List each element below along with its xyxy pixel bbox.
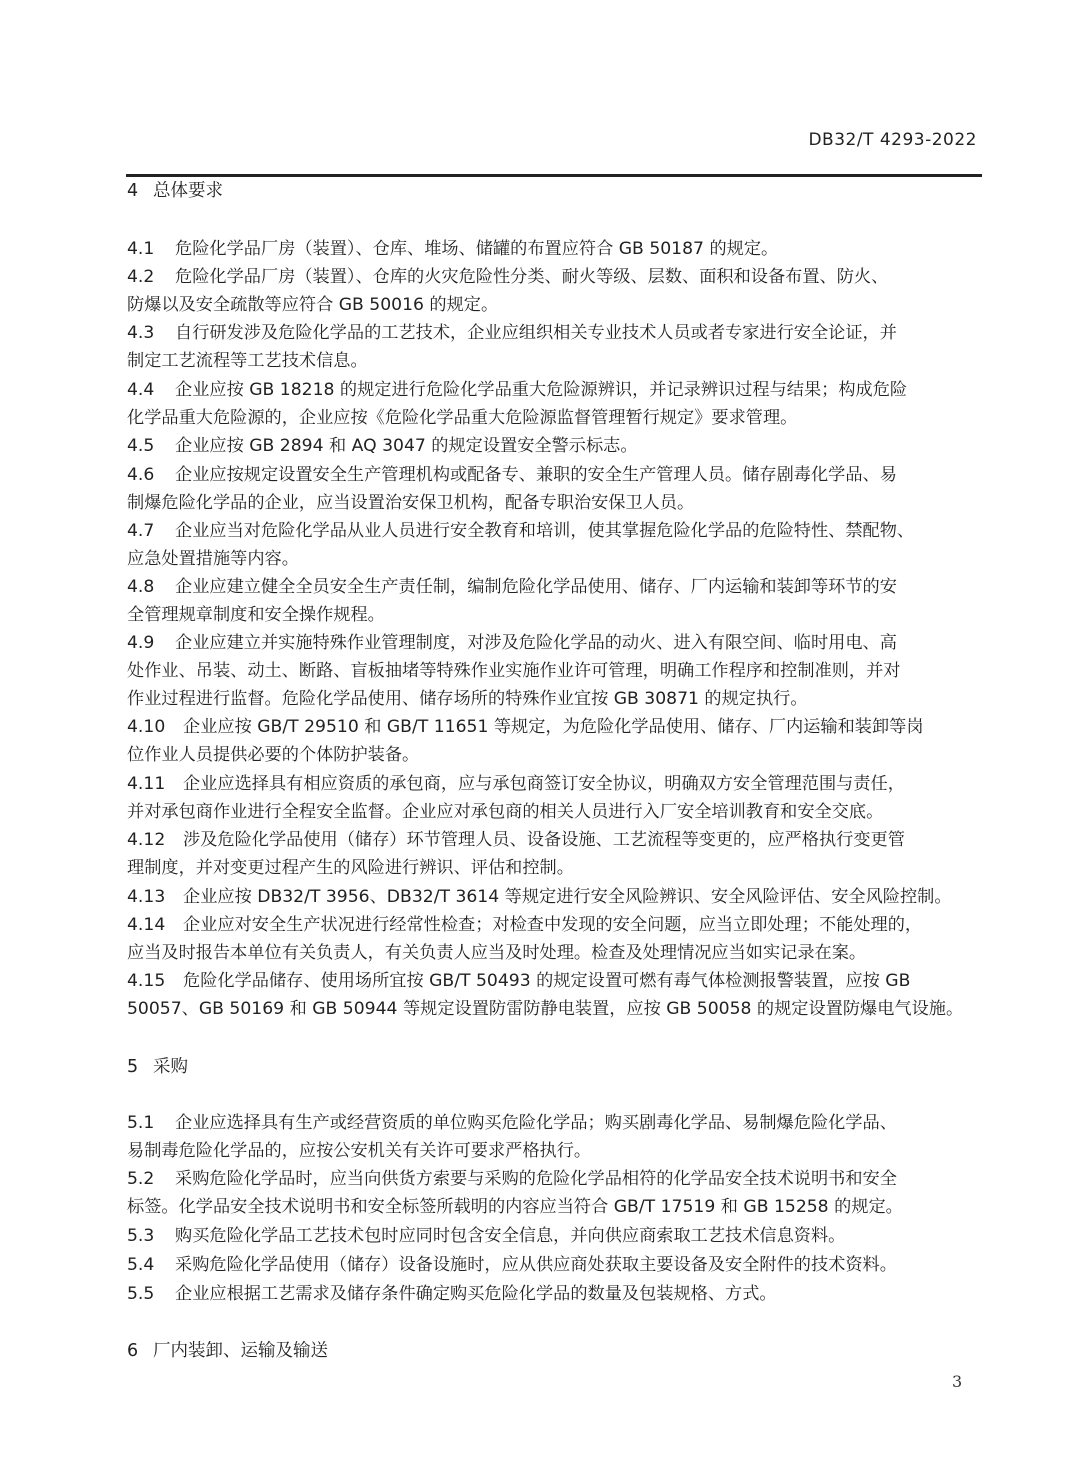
- clause-5-5: 5.5企业应根据工艺需求及储存条件确定购买危险化学品的数量及包装规格、方式。: [127, 1283, 987, 1305]
- clause-5-2: 5.2采购危险化学品时，应当向供货方索要与采购的危险化学品相符的化学品安全技术说…: [127, 1168, 987, 1190]
- clause-4-6: 4.6企业应按规定设置安全生产管理机构或配备专、兼职的安全生产管理人员。储存剧毒…: [127, 464, 987, 486]
- clause-4-9: 4.9企业应建立并实施特殊作业管理制度，对涉及危险化学品的动火、进入有限空间、临…: [127, 632, 987, 654]
- clause-4-12: 4.12涉及危险化学品使用（储存）环节管理人员、设备设施、工艺流程等变更的，应严…: [127, 829, 987, 851]
- clause-4-11: 4.11企业应选择具有相应资质的承包商，应与承包商签订安全协议，明确双方安全管理…: [127, 773, 987, 795]
- clause-4-4-cont: 化学品重大危险源的，企业应按《危险化学品重大危险源监督管理暂行规定》要求管理。: [127, 407, 987, 429]
- clause-4-2: 4.2危险化学品厂房（装置）、仓库的火灾危险性分类、耐火等级、层数、面积和设备布…: [127, 266, 987, 288]
- clause-4-6-cont: 制爆危险化学品的企业，应当设置治安保卫机构，配备专职治安保卫人员。: [127, 492, 987, 514]
- standard-code: DB32/T 4293-2022: [808, 130, 977, 150]
- section-heading-6: 6厂内装卸、运输及输送: [127, 1340, 987, 1362]
- clause-4-4: 4.4企业应按 GB 18218 的规定进行危险化学品重大危险源辨识，并记录辨识…: [127, 379, 987, 401]
- clause-4-8-cont: 全管理规章制度和安全操作规程。: [127, 604, 987, 626]
- clause-4-2-cont: 防爆以及安全疏散等应符合 GB 50016 的规定。: [127, 294, 987, 316]
- clause-4-1: 4.1危险化学品厂房（装置）、仓库、堆场、储罐的布置应符合 GB 50187 的…: [127, 238, 987, 260]
- clause-4-7-cont: 应急处置措施等内容。: [127, 548, 987, 570]
- clause-4-3: 4.3自行研发涉及危险化学品的工艺技术，企业应组织相关专业技术人员或者专家进行安…: [127, 322, 987, 344]
- clause-4-8: 4.8企业应建立健全全员安全生产责任制，编制危险化学品使用、储存、厂内运输和装卸…: [127, 576, 987, 598]
- clause-4-9-cont-2: 作业过程进行监督。危险化学品使用、储存场所的特殊作业宜按 GB 30871 的规…: [127, 688, 987, 710]
- clause-4-13: 4.13企业应按 DB32/T 3956、DB32/T 3614 等规定进行安全…: [127, 886, 987, 908]
- clause-4-12-cont: 理制度，并对变更过程产生的风险进行辨识、评估和控制。: [127, 857, 987, 879]
- clause-4-14: 4.14企业应对安全生产状况进行经常性检查；对检查中发现的安全问题，应当立即处理…: [127, 914, 987, 936]
- clause-4-11-cont: 并对承包商作业进行全程安全监督。企业应对承包商的相关人员进行入厂安全培训教育和安…: [127, 801, 987, 823]
- clause-4-7: 4.7企业应当对危险化学品从业人员进行安全教育和培训，使其掌握危险化学品的危险特…: [127, 520, 987, 542]
- clause-4-3-cont: 制定工艺流程等工艺技术信息。: [127, 350, 987, 372]
- clause-4-15: 4.15危险化学品储存、使用场所宜按 GB/T 50493 的规定设置可燃有毒气…: [127, 970, 987, 992]
- clause-5-3: 5.3购买危险化学品工艺技术包时应同时包含安全信息，并向供应商索取工艺技术信息资…: [127, 1225, 987, 1247]
- clause-4-5: 4.5企业应按 GB 2894 和 AQ 3047 的规定设置安全警示标志。: [127, 435, 987, 457]
- page-number: 3: [952, 1372, 962, 1391]
- clause-5-2-cont: 标签。化学品安全技术说明书和安全标签所载明的内容应当符合 GB/T 17519 …: [127, 1196, 987, 1218]
- clause-4-14-cont: 应当及时报告本单位有关负责人，有关负责人应当及时处理。检查及处理情况应当如实记录…: [127, 942, 987, 964]
- clause-5-1: 5.1企业应选择具有生产或经营资质的单位购买危险化学品；购买剧毒化学品、易制爆危…: [127, 1112, 987, 1134]
- clause-4-10: 4.10企业应按 GB/T 29510 和 GB/T 11651 等规定，为危险…: [127, 716, 987, 738]
- clause-4-9-cont-1: 处作业、吊装、动土、断路、盲板抽堵等特殊作业实施作业许可管理，明确工作程序和控制…: [127, 660, 987, 682]
- clause-5-4: 5.4采购危险化学品使用（储存）设备设施时，应从供应商处获取主要设备及安全附件的…: [127, 1254, 987, 1276]
- section-heading-4: 4总体要求: [127, 180, 987, 202]
- header-rule: [126, 174, 982, 177]
- clause-4-15-cont: 50057、GB 50169 和 GB 50944 等规定设置防雷防静电装置，应…: [127, 998, 987, 1020]
- section-heading-5: 5采购: [127, 1056, 987, 1078]
- clause-5-1-cont: 易制毒危险化学品的，应按公安机关有关许可要求严格执行。: [127, 1140, 987, 1162]
- clause-4-10-cont: 位作业人员提供必要的个体防护装备。: [127, 744, 987, 766]
